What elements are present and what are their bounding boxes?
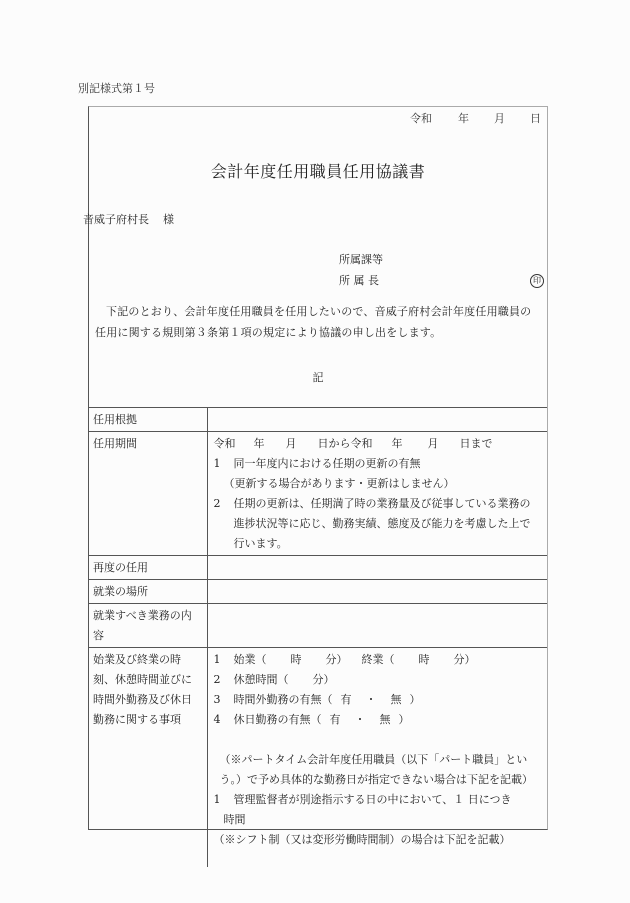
separator-dot: ・ xyxy=(366,693,377,706)
table-row: 任用根拠 xyxy=(89,408,547,432)
item-number: 2 xyxy=(214,494,234,554)
table-row: 任用期間 令和 年 月 日から令和 年 月 日まで 1 同一年度内における任期の… xyxy=(89,432,547,556)
addressee-name: 音威子府村長 xyxy=(83,213,149,226)
item-number: 4 xyxy=(214,710,234,730)
item-text: 休憩時間（分） xyxy=(234,670,542,690)
overtime-no-option[interactable]: 無 xyxy=(391,693,402,706)
item-text: 同一年度内における任期の更新の有無 xyxy=(234,454,542,474)
date-year: 年 xyxy=(458,110,494,126)
item-number: 1 xyxy=(214,790,234,810)
date-day: 日 xyxy=(530,110,541,126)
date-era: 令和 xyxy=(410,110,458,126)
row-label-reappointment: 再度の任用 xyxy=(89,556,207,580)
overtime-yes-option[interactable]: 有 xyxy=(341,693,352,706)
period-year-end[interactable]: 年 xyxy=(392,434,428,454)
period-month-start[interactable]: 月 xyxy=(286,434,318,454)
row-label-basis: 任用根拠 xyxy=(89,408,207,432)
period-item-1: 1 同一年度内における任期の更新の有無 xyxy=(214,454,542,474)
department-label: 所属課等 xyxy=(339,249,383,270)
date-month: 月 xyxy=(494,110,530,126)
date-line: 令和 年 月 日 xyxy=(410,110,541,126)
break-minutes[interactable]: 分） xyxy=(313,673,335,686)
table-row: 再度の任用 xyxy=(89,556,547,580)
period-day-end[interactable]: 日まで xyxy=(460,434,493,454)
hours-item-1: 1 始業（時分）終業（時分） xyxy=(214,650,542,670)
period-date-line: 令和 年 月 日から令和 年 月 日まで xyxy=(214,434,542,454)
form-header-section: 令和 年 月 日 会計年度任用職員任用協議書 音威子府村長様 所属課等 所 属 … xyxy=(89,107,547,408)
hours-item-2: 2 休憩時間（分） xyxy=(214,670,542,690)
item-text: 時間外勤務の有無（有・無） xyxy=(234,690,542,710)
item-number: 3 xyxy=(214,690,234,710)
item-number: 2 xyxy=(214,670,234,690)
part-time-hours[interactable]: 時間 xyxy=(214,810,542,830)
table-row: 始業及び終業の時刻、休憩時間並びに時間外勤務及び休日勤務に関する事項 1 始業（… xyxy=(89,648,547,867)
row-value-duties[interactable] xyxy=(207,604,547,648)
item-text: 任期の更新は、任期満了時の業務量及び従事している業務の進捗状況等に応じ、勤務実績… xyxy=(234,494,542,554)
holiday-work-label: 休日勤務の有無（ xyxy=(234,713,322,726)
holiday-no-option[interactable]: 無 xyxy=(380,713,391,726)
item-text: 休日勤務の有無（有・無） xyxy=(234,710,542,730)
item-number: 1 xyxy=(214,454,234,474)
row-value-workplace[interactable] xyxy=(207,580,547,604)
break-time-label: 休憩時間（ xyxy=(234,673,289,686)
start-hour[interactable]: 時 xyxy=(291,653,302,666)
details-table: 任用根拠 任用期間 令和 年 月 日から令和 年 月 日まで 1 同一年度内にお… xyxy=(89,408,547,867)
period-era-start: 令和 xyxy=(214,434,254,454)
addressee-honorific: 様 xyxy=(163,213,174,226)
start-time-label: 始業（ xyxy=(234,653,267,666)
row-value-basis[interactable] xyxy=(207,408,547,432)
row-label-workplace: 就業の場所 xyxy=(89,580,207,604)
department-head-label: 所 属 長 xyxy=(339,270,379,291)
item-text: 始業（時分）終業（時分） xyxy=(234,650,542,670)
overtime-label: 時間外勤務の有無（ xyxy=(234,693,333,706)
row-value-reappointment[interactable] xyxy=(207,556,547,580)
table-row: 就業の場所 xyxy=(89,580,547,604)
holiday-yes-option[interactable]: 有 xyxy=(330,713,341,726)
addressee: 音威子府村長様 xyxy=(83,211,174,227)
part-time-item-1: 1 管理監督者が別途指示する日の中において、１ 日につき xyxy=(214,790,542,810)
request-statement: 下記のとおり、会計年度任用職員を任用したいので、音威子府村会計年度任用職員の任用… xyxy=(95,301,541,343)
item-number: 1 xyxy=(214,650,234,670)
seal-icon: 印 xyxy=(530,274,544,288)
period-month-end[interactable]: 月 xyxy=(428,434,460,454)
renewal-options[interactable]: （更新する場合があります・更新はしません） xyxy=(214,474,542,494)
row-value-period: 令和 年 月 日から令和 年 月 日まで 1 同一年度内における任期の更新の有無… xyxy=(207,432,547,556)
end-hour[interactable]: 時 xyxy=(419,653,430,666)
table-row: 就業すべき業務の内容 xyxy=(89,604,547,648)
page-title: 会計年度任用職員任用協議書 xyxy=(89,159,547,182)
hours-item-4: 4 休日勤務の有無（有・無） xyxy=(214,710,542,730)
period-item-2: 2 任期の更新は、任期満了時の業務量及び従事している業務の進捗状況等に応じ、勤務… xyxy=(214,494,542,554)
agreement-form: 令和 年 月 日 会計年度任用職員任用協議書 音威子府村長様 所属課等 所 属 … xyxy=(88,106,548,830)
start-minute[interactable]: 分） xyxy=(326,653,348,666)
row-value-working-hours: 1 始業（時分）終業（時分） 2 休憩時間（分） 3 時間外勤務の有無（有・無） xyxy=(207,648,547,867)
period-day-start[interactable]: 日から令和 xyxy=(318,434,392,454)
shift-note: （※シフト制（又は変形労働時間制）の場合は下記を記載） xyxy=(214,830,542,850)
row-label-working-hours: 始業及び終業の時刻、休憩時間並びに時間外勤務及び休日勤務に関する事項 xyxy=(89,648,207,867)
item-text: 管理監督者が別途指示する日の中において、１ 日につき xyxy=(234,790,542,810)
close-paren: ） xyxy=(410,693,421,706)
hours-item-3: 3 時間外勤務の有無（有・無） xyxy=(214,690,542,710)
end-time-label: 終業（ xyxy=(362,653,395,666)
end-minute[interactable]: 分） xyxy=(454,653,476,666)
form-number: 別記様式第１号 xyxy=(78,80,155,96)
row-label-period: 任用期間 xyxy=(89,432,207,556)
close-paren: ） xyxy=(399,713,410,726)
period-year-start[interactable]: 年 xyxy=(254,434,286,454)
part-time-note: （※パートタイム会計年度任用職員（以下「パート職員」という。）で予め具体的な勤務… xyxy=(214,750,542,790)
separator-dot: ・ xyxy=(355,713,366,726)
ki-marker: 記 xyxy=(89,369,547,385)
row-label-duties: 就業すべき業務の内容 xyxy=(89,604,207,648)
sender-block: 所属課等 所 属 長 印 xyxy=(339,249,544,291)
